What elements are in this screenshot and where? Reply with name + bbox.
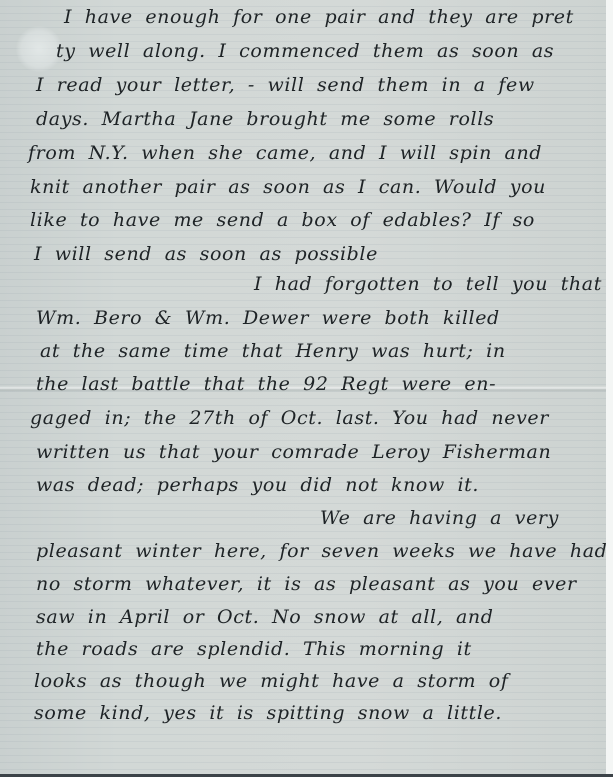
letter-line-8: I will send as soon as possible (34, 243, 378, 265)
page-edge (606, 0, 613, 777)
letter-line-14: written us that your comrade Leroy Fishe… (36, 441, 551, 463)
letter-line-9: I had forgotten to tell you that (254, 273, 602, 295)
letter-line-12: the last battle that the 92 Regt were en… (36, 373, 496, 395)
letter-line-11: at the same time that Henry was hurt; in (40, 340, 506, 362)
letter-line-18: no storm whatever, it is as pleasant as … (36, 573, 577, 595)
letter-line-3: I read your letter, - will send them in … (36, 74, 535, 96)
letter-line-21: looks as though we might have a storm of (34, 670, 508, 692)
letter-line-2: ty well along. I commenced them as soon … (56, 40, 554, 62)
letter-line-13: gaged in; the 27th of Oct. last. You had… (30, 407, 549, 429)
letter-line-1: I have enough for one pair and they are … (64, 6, 574, 28)
letter-line-15: was dead; perhaps you did not know it. (36, 474, 479, 496)
letter-line-17: pleasant winter here, for seven weeks we… (36, 540, 606, 562)
letter-line-7: like to have me send a box of edables? I… (30, 209, 535, 231)
letter-line-19: saw in April or Oct. No snow at all, and (36, 606, 494, 628)
letter-line-4: days. Martha Jane brought me some rolls (36, 108, 494, 130)
letter-line-20: the roads are splendid. This morning it (36, 638, 472, 660)
letter-line-16: We are having a very (320, 507, 559, 529)
letter-page: I have enough for one pair and they are … (0, 0, 606, 774)
letter-line-22: some kind, yes it is spitting snow a lit… (34, 702, 502, 724)
letter-line-10: Wm. Bero & Wm. Dewer were both killed (36, 307, 500, 329)
letter-line-6: knit another pair as soon as I can. Woul… (30, 176, 546, 198)
letter-line-5: from N.Y. when she came, and I will spin… (28, 142, 542, 164)
